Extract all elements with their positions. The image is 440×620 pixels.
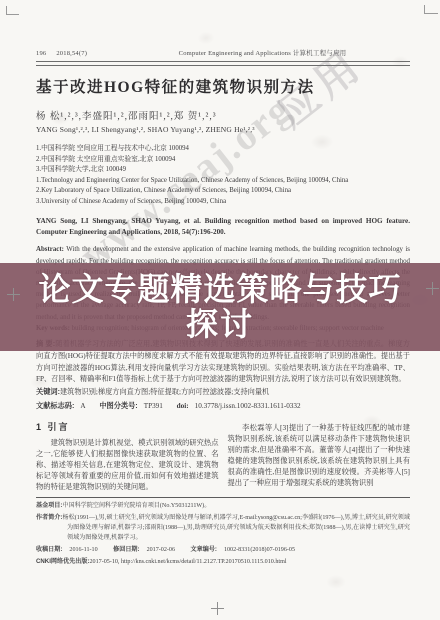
document-info-line: 文献标志码:A 中图分类号:TP391 doi:10.3778/j.issn.1… [36, 401, 410, 411]
affiliation-line: 1.Technology and Engineering Center for … [36, 176, 410, 187]
affiliations-list: 1.中国科学院 空间应用工程与技术中心,北京 100094 2.中国科学院 太空… [36, 144, 410, 208]
running-header: 196 2018,54(7) Computer Engineering and … [36, 48, 410, 57]
keywords-cn-body: 建筑物识别;梯度方向直方图;特征提取;方向可控滤波器;支持向量机 [60, 388, 269, 396]
section-heading-intro: 1 引言 [36, 422, 219, 433]
abstract-label: Abstract: [36, 246, 64, 253]
author-bio-note: 作者简介:杨松(1991—),男,硕士研究生,研究领域为图像处理与解译,机器学习… [36, 513, 410, 544]
scanned-page: www.ceaj.org 应用 196 2018,54(7) Computer … [0, 0, 440, 620]
crop-mark-top-left [6, 6, 19, 15]
affiliation-line: 1.中国科学院 空间应用工程与技术中心,北京 100094 [36, 144, 410, 155]
bio-label: 作者简介: [36, 514, 63, 521]
fund-label: 基金项目: [36, 502, 62, 509]
cnki-line: CNKI网络优先出版:2017-05-10, http://kns.cnki.n… [36, 557, 410, 568]
authors-chinese: 杨 松¹,²,³,李盛阳¹,²,邵雨阳¹,²,郑 贺¹,²,³ [36, 108, 410, 122]
revised-date: 2017-02-06 [147, 547, 175, 553]
fund-text: 中国科学院空间科学研究院培育项目(No.Y5031211W)。 [62, 503, 210, 509]
page-number: 196 [36, 50, 46, 57]
intro-paragraph: 建筑物识别是计算机视觉、模式识别领域的研究热点之一,它能够使人们根据图像快速获取… [36, 437, 219, 492]
right-column: 李松霖等人[3]提出了一种基于特征线匹配的城市建筑物识别系统,该系统可以满足移动… [228, 422, 411, 492]
fund-note: 基金项目:中国科学院空间科学研究院培育项目(No.Y5031211W)。 [36, 501, 410, 512]
header-rule [36, 61, 410, 66]
paper-title: 基于改进HOG特征的建筑物识别方法 [36, 75, 410, 97]
crop-mark-top-right [424, 5, 438, 14]
affiliation-line: 2.Key Laboratory of Space Utilization, C… [36, 186, 410, 197]
affiliation-line: 3.中国科学院大学,北京 100049 [36, 165, 410, 176]
keywords-chinese: 关键词:建筑物识别;梯度方向直方图;特征提取;方向可控滤波器;支持向量机 [36, 386, 410, 399]
banner-title-line1: 论文专题精选策略与技巧 [38, 272, 401, 306]
journal-name: Computer Engineering and Applications 计算… [115, 48, 410, 57]
clc-value: TP391 [144, 402, 163, 410]
citation-text: YANG Song, LI Shengyang, SHAO Yuyang, et… [36, 216, 410, 239]
cnki-text: 2017-05-10, http://kns.cnki.net/kcms/det… [90, 559, 287, 565]
received-label: 收稿日期: [36, 546, 62, 553]
article-no-value: 1002-8331(2018)07-0196-05 [224, 547, 295, 553]
czc-value: A [80, 402, 85, 410]
revised-label: 修回日期: [113, 546, 139, 553]
doi-value: 10.3778/j.issn.1002-8331.1611-0332 [195, 402, 301, 410]
czc-label: 文献标志码: [36, 401, 74, 410]
bio-text: 杨松(1991—),男,硕士研究生,研究领域为图像处理与解译,机器学习,E-ma… [63, 515, 410, 541]
doi-label: doi: [177, 402, 189, 410]
affiliation-line: 2.中国科学院 太空应用重点实验室,北京 100094 [36, 155, 410, 166]
authors-english: YANG Song¹,²,³, LI Shengyang¹,², SHAO Yu… [36, 125, 410, 134]
affiliation-line: 3.University of Chinese Academy of Scien… [36, 197, 410, 208]
dates-line: 收稿日期:2016-11-10 修回日期:2017-02-06 文章编号:100… [36, 545, 410, 556]
two-column-body: 1 引言 建筑物识别是计算机视觉、模式识别领域的研究热点之一,它能够使人们根据图… [36, 422, 410, 492]
left-column: 1 引言 建筑物识别是计算机视觉、模式识别领域的研究热点之一,它能够使人们根据图… [36, 422, 219, 492]
received-date: 2016-11-10 [69, 547, 97, 553]
clc-label: 中图分类号: [99, 401, 137, 410]
promo-banner-overlay: 论文专题精选策略与技巧 探讨 [0, 263, 440, 351]
banner-title-line2: 探讨 [186, 306, 254, 342]
related-work-paragraph: 李松霖等人[3]提出了一种基于特征线匹配的城市建筑物识别系统,该系统可以满足移动… [228, 422, 411, 488]
article-no-label: 文章编号: [191, 546, 217, 553]
cnki-label: CNKI网络优先出版: [36, 558, 90, 565]
issue-number: 2018,54(7) [56, 50, 87, 57]
footnote-block: 基金项目:中国科学院空间科学研究院培育项目(No.Y5031211W)。 作者简… [36, 497, 410, 567]
keywords-cn-label: 关键词: [36, 387, 60, 396]
